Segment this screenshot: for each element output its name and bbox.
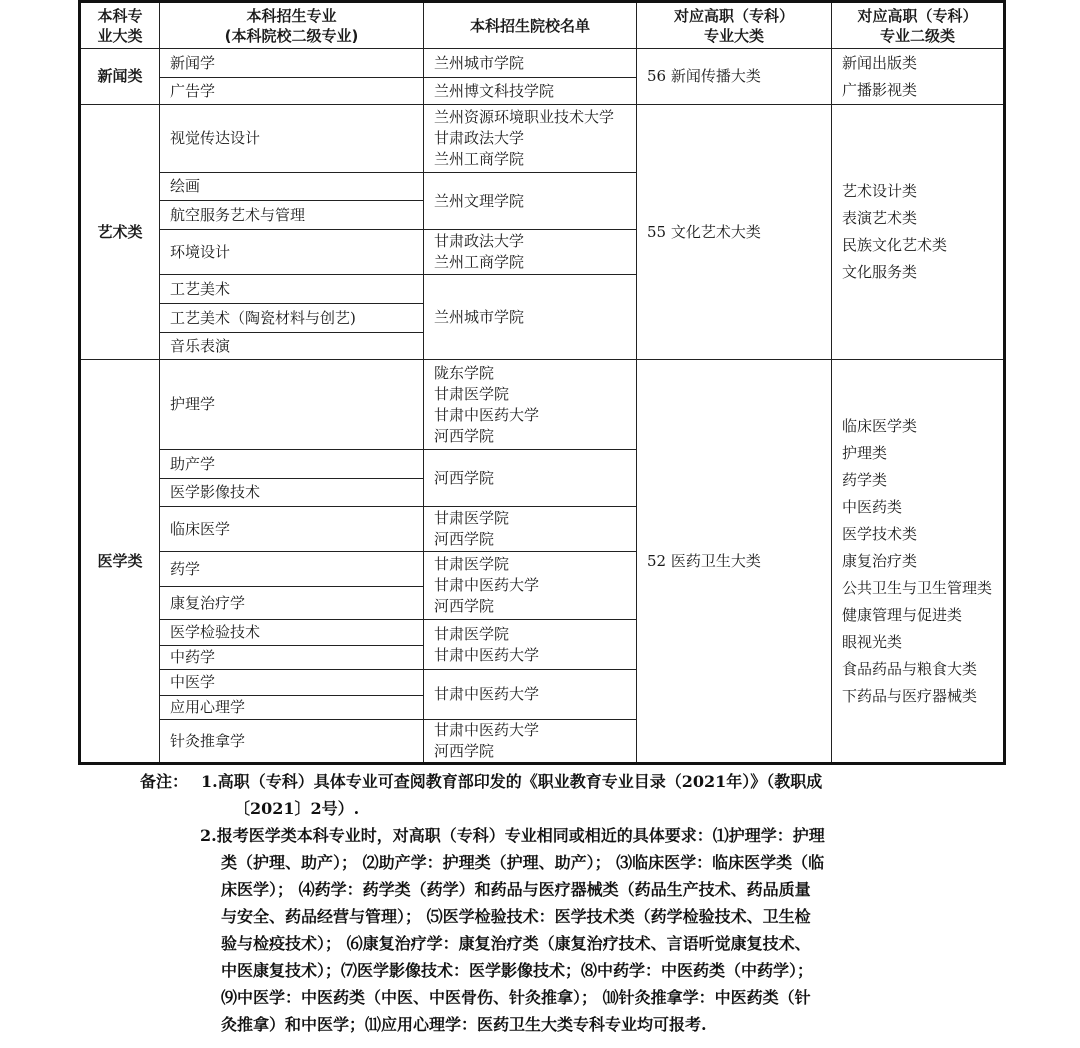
note-2-line: 2.报考医学类本科专业时，对高职（专科）专业相同或相近的具体要求：⑴护理学：护理 <box>200 822 950 849</box>
major-cell: 广告学 <box>160 78 424 105</box>
note-2-line: 与安全、药品经营与管理）； ⑸医学检验技术：医学技术类（药学检验技术、卫生检 <box>200 903 950 930</box>
major-cell: 新闻学 <box>160 49 424 78</box>
major-cell: 药学 <box>160 552 424 587</box>
header-vocational-subcategory: 对应高职（专科）专业二级类 <box>832 2 1005 49</box>
schools-cell: 兰州城市学院 <box>424 49 637 78</box>
category-cell: 艺术类 <box>80 105 160 360</box>
notes-label: 备注： <box>140 768 188 795</box>
vocational-category-cell: 56 新闻传播大类 <box>637 49 832 105</box>
table-row: 医学类 护理学 陇东学院 甘肃医学院 甘肃中医药大学 河西学院 52 医药卫生大… <box>80 360 1005 450</box>
schools-cell: 兰州文理学院 <box>424 173 637 230</box>
majors-table: 本科专业大类 本科招生专业(本科院校二级专业) 本科招生院校名单 对应高职（专科… <box>78 0 1006 765</box>
vocational-category-cell: 52 医药卫生大类 <box>637 360 832 764</box>
schools-cell: 兰州博文科技学院 <box>424 78 637 105</box>
major-cell: 护理学 <box>160 360 424 450</box>
major-cell: 航空服务艺术与管理 <box>160 201 424 230</box>
major-cell: 医学检验技术 <box>160 620 424 646</box>
major-cell: 工艺美术（陶瓷材料与创艺) <box>160 304 424 333</box>
vocational-category-cell: 55 文化艺术大类 <box>637 105 832 360</box>
table-row: 艺术类 视觉传达设计 兰州资源环境职业技术大学 甘肃政法大学 兰州工商学院 55… <box>80 105 1005 173</box>
note-2-line: 类（护理、助产）； ⑵助产学：护理类（护理、助产）； ⑶临床医学：临床医学类（临 <box>200 849 950 876</box>
schools-cell: 陇东学院 甘肃医学院 甘肃中医药大学 河西学院 <box>424 360 637 450</box>
major-cell: 中医学 <box>160 670 424 696</box>
major-cell: 应用心理学 <box>160 696 424 720</box>
schools-cell: 甘肃中医药大学 <box>424 670 637 720</box>
schools-cell: 河西学院 <box>424 450 637 507</box>
note-2-line: 床医学）； ⑷药学：药学类（药学）和药品与医疗器械类（药品生产技术、药品质量 <box>200 876 950 903</box>
note-2-line: 灸推拿）和中医学；⑾应用心理学：医药卫生大类专科专业均可报考. <box>200 1011 950 1038</box>
schools-cell: 甘肃医学院 河西学院 <box>424 507 637 552</box>
header-schools: 本科招生院校名单 <box>424 2 637 49</box>
major-cell: 医学影像技术 <box>160 479 424 507</box>
major-cell: 针灸推拿学 <box>160 720 424 764</box>
note-1-line-1: 1.高职（专科）具体专业可查阅教育部印发的《职业教育专业目录（2021年）》（教… <box>201 768 951 795</box>
vocational-subcategory-cell: 临床医学类 护理类 药学类 中医药类 医学技术类 康复治疗类 公共卫生与卫生管理… <box>832 360 1005 764</box>
major-cell: 助产学 <box>160 450 424 479</box>
schools-cell: 甘肃医学院 甘肃中医药大学 河西学院 <box>424 552 637 620</box>
vocational-subcategory-cell: 新闻出版类 广播影视类 <box>832 49 1005 105</box>
note-2: 2.报考医学类本科专业时，对高职（专科）专业相同或相近的具体要求：⑴护理学：护理… <box>200 822 950 1038</box>
schools-cell: 甘肃政法大学 兰州工商学院 <box>424 230 637 275</box>
note-2-line: ⑼中医学：中医药类（中医、中医骨伤、针灸推拿）； ⑽针灸推拿学：中医药类（针 <box>200 984 950 1011</box>
schools-cell: 兰州城市学院 <box>424 275 637 360</box>
table-row: 新闻类 新闻学 兰州城市学院 56 新闻传播大类 新闻出版类 广播影视类 <box>80 49 1005 78</box>
major-cell: 音乐表演 <box>160 333 424 360</box>
major-cell: 康复治疗学 <box>160 587 424 620</box>
note-2-line: 验与检疫技术）； ⑹康复治疗学：康复治疗类（康复治疗技术、言语听觉康复技术、 <box>200 930 950 957</box>
schools-cell: 兰州资源环境职业技术大学 甘肃政法大学 兰州工商学院 <box>424 105 637 173</box>
major-cell: 环境设计 <box>160 230 424 275</box>
schools-cell: 甘肃医学院 甘肃中医药大学 <box>424 620 637 670</box>
category-cell: 新闻类 <box>80 49 160 105</box>
note-2-line: 中医康复技术）；⑺医学影像技术：医学影像技术；⑻中药学：中医药类（中药学）； <box>200 957 950 984</box>
note-1-line-2: 〔2021〕2号）. <box>201 795 951 822</box>
major-cell: 工艺美术 <box>160 275 424 304</box>
major-cell: 中药学 <box>160 646 424 670</box>
category-cell: 医学类 <box>80 360 160 764</box>
header-major: 本科招生专业(本科院校二级专业) <box>160 2 424 49</box>
schools-cell: 甘肃中医药大学 河西学院 <box>424 720 637 764</box>
vocational-subcategory-cell: 艺术设计类 表演艺术类 民族文化艺术类 文化服务类 <box>832 105 1005 360</box>
header-row: 本科专业大类 本科招生专业(本科院校二级专业) 本科招生院校名单 对应高职（专科… <box>80 2 1005 49</box>
header-category: 本科专业大类 <box>80 2 160 49</box>
major-cell: 绘画 <box>160 173 424 201</box>
major-cell: 视觉传达设计 <box>160 105 424 173</box>
major-cell: 临床医学 <box>160 507 424 552</box>
header-vocational-category: 对应高职（专科）专业大类 <box>637 2 832 49</box>
note-1: 1.高职（专科）具体专业可查阅教育部印发的《职业教育专业目录（2021年）》（教… <box>201 768 951 822</box>
